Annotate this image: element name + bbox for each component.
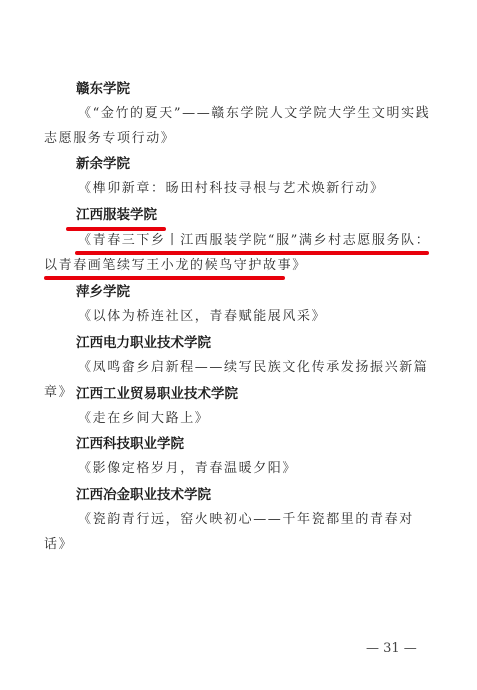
college-heading: 江西电力职业技术学院 (76, 334, 211, 352)
project-title: 《瓷韵青行远，窑火映初心——千年瓷都里的青春对话》 (44, 507, 434, 557)
document-page: 赣东学院 《“金竹的夏天”——赣东学院人文学院大学生文明实践志愿服务专项行动》 … (0, 0, 477, 690)
project-title: 《走在乡间大路上》 (44, 406, 434, 431)
page-number: — 31 — (366, 641, 417, 656)
red-underline-annotation (75, 251, 429, 255)
college-heading: 江西工业贸易职业技术学院 (76, 385, 238, 403)
college-heading: 江西科技职业学院 (76, 435, 184, 453)
college-heading: 赣东学院 (76, 80, 130, 98)
college-heading: 萍乡学院 (76, 283, 130, 301)
college-heading: 江西服装学院 (76, 206, 157, 224)
project-title: 《影像定格岁月，青春温暖夕阳》 (44, 456, 434, 481)
project-title: 《“金竹的夏天”——赣东学院人文学院大学生文明实践志愿服务专项行动》 (44, 101, 434, 151)
project-title: 《以体为桥连社区，青春赋能展风采》 (44, 304, 434, 329)
college-heading: 江西冶金职业技术学院 (76, 486, 211, 504)
red-underline-annotation (44, 276, 285, 280)
project-title: 《榫卯新章：旸田村科技寻根与艺术焕新行动》 (44, 176, 434, 201)
college-heading: 新余学院 (76, 155, 130, 173)
